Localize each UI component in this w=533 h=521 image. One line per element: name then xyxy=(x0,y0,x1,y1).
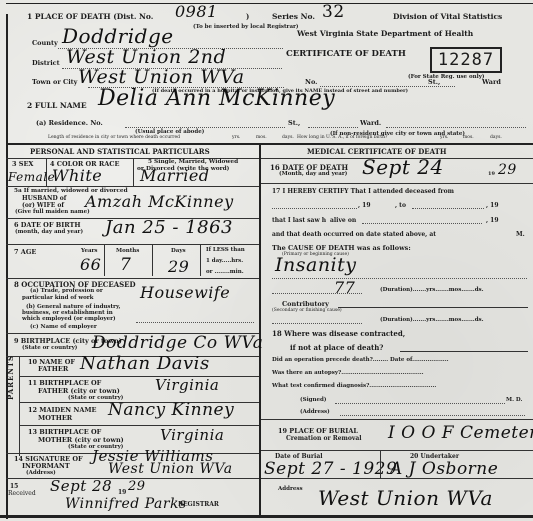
top-border xyxy=(6,3,533,4)
alive-on: alive on xyxy=(330,218,356,224)
residence-ward-label: Ward. xyxy=(360,120,381,127)
no-label: No. xyxy=(305,79,317,86)
cause-label: The CAUSE OF DEATH was as follows: xyxy=(272,245,411,252)
district-value: West Union 2nd xyxy=(66,48,226,67)
yrs-label: yrs. xyxy=(232,136,240,141)
full-name-value: Delia Ann McKinney xyxy=(98,88,335,110)
marital-value: Married xyxy=(140,168,210,184)
bottom-border xyxy=(0,515,533,518)
years-label: Years xyxy=(81,249,98,255)
line-to: , to xyxy=(395,203,406,209)
dist-note: (To be inserted by local Registrar) xyxy=(193,25,299,31)
occ-b3: which employed (or employer) xyxy=(22,317,116,323)
state-reg-note: (For State Reg. use only) xyxy=(408,75,485,81)
ward-label: Ward xyxy=(482,79,501,86)
line19b: , 19 xyxy=(486,203,499,209)
yrs2-label: yrs. xyxy=(440,136,448,141)
mother-label1: 12 MAIDEN NAME xyxy=(28,407,97,414)
burial-date: Sept 27 - 1929 xyxy=(264,461,397,478)
district-label: District xyxy=(32,60,60,67)
personal-section-title: PERSONAL AND STATISTICAL PARTICULARS xyxy=(30,148,210,155)
length-note: Length of residence in city or town wher… xyxy=(48,136,180,141)
days-label: days. xyxy=(282,136,294,141)
registrar-signature: Winnifred Parks xyxy=(65,497,187,511)
mos2-label: mos. xyxy=(463,136,474,141)
left-border xyxy=(6,14,8,519)
contracted-label1: 18 Where was disease contracted, xyxy=(272,330,405,337)
st-label: St., xyxy=(428,79,440,86)
burial-label2: Cremation or Removal xyxy=(286,436,362,442)
dod-sub: (Month, day and year) xyxy=(279,172,347,178)
less-day: 1 day.....hrs. xyxy=(206,259,243,265)
received-date: Sept 28 xyxy=(50,479,112,494)
race-value: White xyxy=(52,168,102,184)
cause-value: Insanity xyxy=(275,256,357,275)
duration2: (Duration).......yrs.......mos.......ds. xyxy=(380,318,484,324)
dob-sub: (month, day and year) xyxy=(15,230,83,236)
last-saw: that I last saw h xyxy=(272,218,326,224)
md-label: M. D. xyxy=(506,398,522,404)
mother-value: Nancy Kinney xyxy=(108,402,234,419)
line19c: , 19 xyxy=(486,218,499,224)
burial-place: I O O F Cemetery xyxy=(388,425,533,442)
dod-month-day: Sept 24 xyxy=(362,157,444,177)
county-label: County xyxy=(32,40,58,47)
death-occurred: and that death occurred on date stated a… xyxy=(272,232,436,238)
age-label: 7 AGE xyxy=(14,249,36,256)
mother-bp-label1: 13 BIRTHPLACE OF xyxy=(28,429,101,436)
series-no: 32 xyxy=(322,4,345,21)
dod-label: 16 DATE OF DEATH xyxy=(270,164,348,171)
received-label2: Received xyxy=(8,491,36,497)
occ-a1: (a) Trade, profession or xyxy=(30,289,103,295)
duration1: (Duration).......yrs.......mos.......ds. xyxy=(380,288,484,294)
father-bp-label2: FATHER (city or town) xyxy=(38,388,120,395)
undertaker-address-label: Address xyxy=(278,487,303,493)
father-label2: FATHER xyxy=(38,366,68,373)
series-label: Series No. xyxy=(272,13,315,21)
dod-year-prefix: 19 xyxy=(488,172,495,177)
informant-label3: (Address) xyxy=(26,471,56,477)
column-divider xyxy=(259,143,261,518)
department: West Virginia State Department of Health xyxy=(297,30,473,38)
less-label: If LESS than xyxy=(206,248,245,254)
town-label: Town or City xyxy=(32,79,77,86)
residence-st-label: St., xyxy=(288,120,300,127)
marital-label: 5 Single, Married, Widowed xyxy=(148,160,238,166)
full-name-label: 2 FULL NAME xyxy=(27,102,87,110)
father-value: Nathan Davis xyxy=(80,355,210,373)
certify-label: 17 I HEREBY CERTIFY That I attended dece… xyxy=(272,189,454,195)
mother-bp-value: Virginia xyxy=(160,428,224,443)
m-label: M. xyxy=(516,232,525,238)
medical-section-title: MEDICAL CERTIFICATE OF DEATH xyxy=(307,148,447,155)
cause-extra: 77 xyxy=(334,280,355,296)
months-label: Months xyxy=(116,249,139,255)
days-label-age: Days xyxy=(171,249,186,255)
spouse-value: Amzah McKinney xyxy=(85,194,234,210)
town-value: West Union WVa xyxy=(78,68,245,87)
burial-label1: 19 PLACE OF BURIAL xyxy=(278,428,358,435)
contributory-label: Contributory xyxy=(282,301,329,308)
occ-c: (c) Name of employer xyxy=(30,325,97,331)
spouse-label4: (Give full maiden name) xyxy=(15,210,90,216)
parents-label: PARENTS xyxy=(6,355,15,400)
birthplace-value: Doddridge Co WVa xyxy=(92,335,263,352)
sex-label: 3 SEX xyxy=(12,161,33,168)
mos-label: mos. xyxy=(256,136,267,141)
dist-close: ) xyxy=(246,13,249,20)
age-days: 29 xyxy=(168,259,189,275)
autopsy-line: Was there an autopsy?...................… xyxy=(272,371,424,377)
county-value: Doddridge xyxy=(62,26,174,46)
occupation-label: 8 OCCUPATION OF DECEASED xyxy=(14,281,136,288)
item1-label: 1 PLACE OF DEATH (Dist. No. xyxy=(27,13,153,21)
division: Division of Vital Statistics xyxy=(393,13,502,21)
mother-bp-label2: MOTHER (city or town) xyxy=(38,437,124,444)
address-label: (Address) xyxy=(300,410,330,416)
residence-label: (a) Residence. No. xyxy=(36,120,103,127)
state-reg-number: 12287 xyxy=(430,47,502,73)
dob-value: Jan 25 - 1863 xyxy=(105,219,233,237)
operation-line: Did an operation precede death?........ … xyxy=(272,358,449,364)
age-years: 66 xyxy=(80,257,101,273)
test-line: What test confirmed diagnosis?..........… xyxy=(272,384,436,390)
informant-address: West Union WVa xyxy=(108,462,233,476)
dob-label: 6 DATE OF BIRTH xyxy=(14,222,81,229)
contracted-label2: if not at place of death? xyxy=(290,344,383,351)
days2-label: days. xyxy=(490,136,502,141)
dist-no: 0981 xyxy=(175,4,218,20)
sex-value: Female xyxy=(8,171,55,183)
undertaker-name: A J Osborne xyxy=(390,461,498,478)
registrar-label: REGISTRAR xyxy=(178,502,219,508)
line19a: , 19 xyxy=(358,203,371,209)
birthplace-sub: (State or country) xyxy=(22,346,77,352)
usa-note: How long in U. S. A., if of foreign birt… xyxy=(297,136,387,141)
dod-year: 29 xyxy=(498,163,517,177)
informant-label2: INFORMANT xyxy=(22,463,70,470)
mother-label2: MOTHER xyxy=(38,415,72,422)
age-months: 7 xyxy=(120,257,131,274)
occ-a2: particular kind of work xyxy=(22,296,93,302)
signed-label: (Signed) xyxy=(300,398,326,404)
father-bp-label1: 11 BIRTHPLACE OF xyxy=(28,380,101,387)
father-bp-value: Virginia xyxy=(155,378,219,393)
undertaker-address: West Union WVa xyxy=(318,488,493,508)
occupation-value: Housewife xyxy=(140,285,230,301)
contributory-sub: (Secondary or finishing cause) xyxy=(272,309,342,314)
death-certificate: 1 PLACE OF DEATH (Dist. No. 0981 ) (To b… xyxy=(0,0,533,521)
received-year: 29 xyxy=(128,480,146,493)
certificate-title: CERTIFICATE OF DEATH xyxy=(286,50,406,59)
less-min: or ........min. xyxy=(206,270,244,276)
